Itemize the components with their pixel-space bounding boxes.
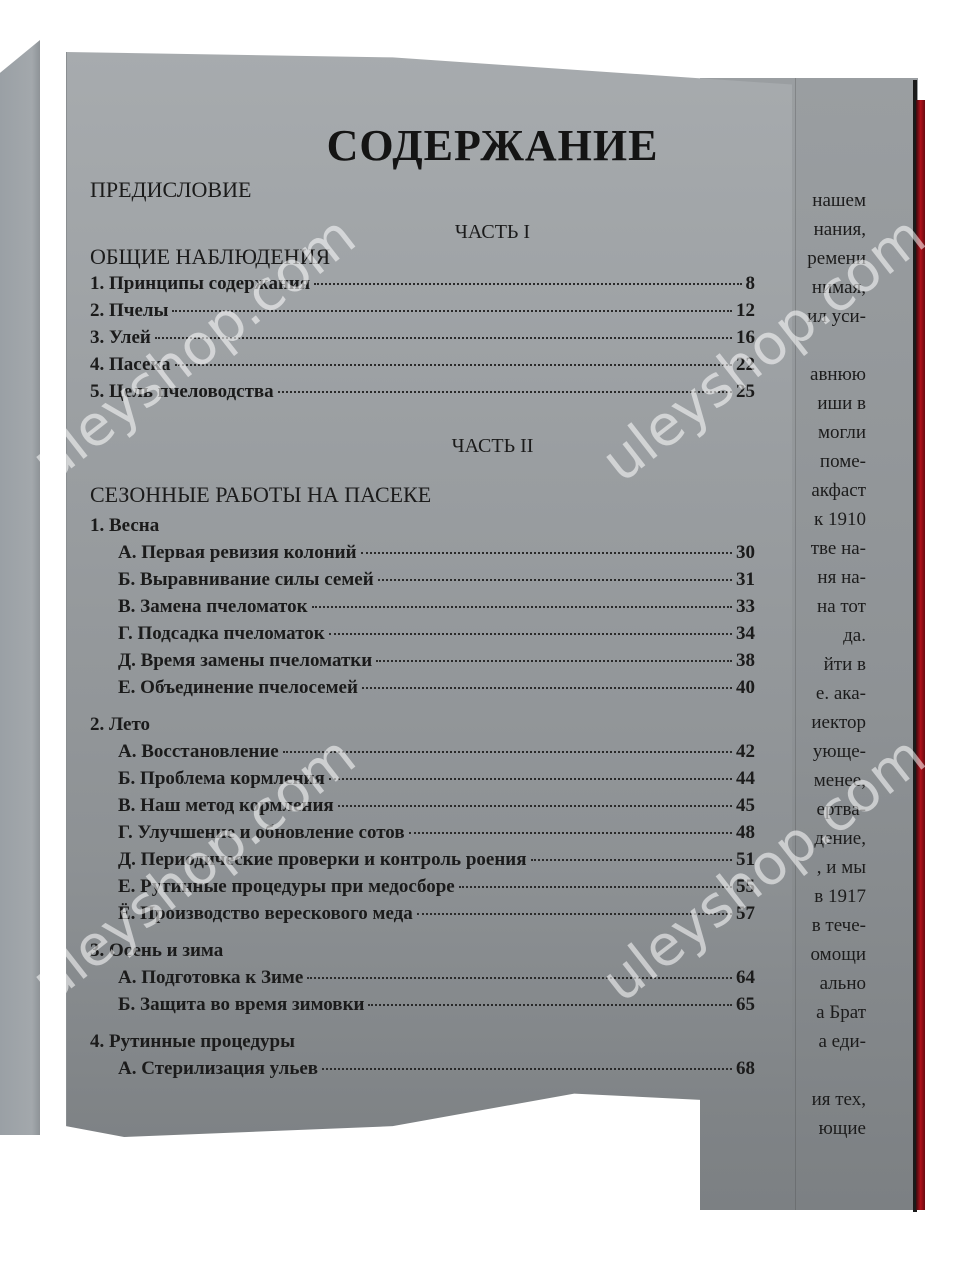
part-1-label: ЧАСТЬ I (90, 221, 755, 244)
part-2-heading: СЕЗОННЫЕ РАБОТЫ НА ПАСЕКЕ (90, 482, 755, 508)
toc-entry-page: 8 (746, 270, 756, 297)
facing-page-line: ня на- (792, 563, 866, 592)
toc-group: 4. Рутинные процедурыА. Стерилизация уль… (90, 1028, 755, 1082)
toc-entry-page: 40 (736, 674, 755, 701)
facing-page-line: авнюю (792, 360, 866, 389)
toc-group: 3. Осень и зимаА. Подготовка к Зиме64Б. … (90, 937, 755, 1018)
facing-page-line: в 1917 (792, 882, 866, 911)
toc-entry-title: А. Стерилизация ульев (118, 1055, 318, 1082)
dot-leader (278, 391, 732, 393)
facing-page-line: тве на- (792, 534, 866, 563)
dot-leader (409, 832, 732, 834)
toc-entry: Ё. Производство верескового меда57 (90, 900, 755, 927)
facing-page-line: омощи (792, 940, 866, 969)
toc-entry-title: Е. Объединение пчелосемей (118, 674, 358, 701)
facing-page-line (792, 1056, 866, 1085)
dot-leader (329, 633, 732, 635)
facing-page-line: дение, (792, 824, 866, 853)
toc-entry-page: 22 (736, 351, 755, 378)
toc-entry-title: Ё. Производство верескового меда (118, 900, 413, 927)
dot-leader (362, 687, 732, 689)
dot-leader (175, 364, 732, 366)
toc-entry: Б. Проблема кормления44 (90, 765, 755, 792)
dot-leader (338, 805, 732, 807)
toc-entry-title: А. Восстановление (118, 738, 279, 765)
facing-page-line: нания, (792, 215, 866, 244)
toc-entry: Г. Подсадка пчеломаток34 (90, 620, 755, 647)
toc-entry-preface: ПРЕДИСЛОВИЕ (90, 177, 755, 203)
toc-entry-page: 12 (736, 297, 755, 324)
toc-entry-page: 65 (736, 991, 755, 1018)
toc-entry-title: Б. Защита во время зимовки (118, 991, 364, 1018)
facing-page-line: да. (792, 621, 866, 650)
toc-entry: 3. Улей16 (90, 324, 755, 351)
facing-page-line: а еди- (792, 1027, 866, 1056)
facing-page-line: е. ака- (792, 679, 866, 708)
toc-entry: В. Наш метод кормления45 (90, 792, 755, 819)
dot-leader (155, 337, 732, 339)
facing-page-line: могли (792, 418, 866, 447)
toc-entry-title: Г. Улучшение и обновление сотов (118, 819, 405, 846)
toc-entry-title: А. Первая ревизия колоний (118, 539, 357, 566)
toc-entry: Д. Периодические проверки и контроль рое… (90, 846, 755, 873)
dot-leader (314, 283, 741, 285)
part-1-chapters: 1. Принципы содержания82. Пчелы123. Улей… (90, 270, 755, 405)
toc-entry-page: 42 (736, 738, 755, 765)
facing-page-line: , и мы (792, 853, 866, 882)
toc-entry-page: 30 (736, 539, 755, 566)
toc-entry-page: 48 (736, 819, 755, 846)
toc-entry-title: А. Подготовка к Зиме (118, 964, 303, 991)
facing-page-line: иектор (792, 708, 866, 737)
toc-entry: В. Замена пчеломаток33 (90, 593, 755, 620)
toc-group-title: 4. Рутинные процедуры (90, 1028, 755, 1055)
toc-entry-page: 25 (736, 378, 755, 405)
toc-entry-title: Д. Время замены пчеломатки (118, 647, 372, 674)
toc-entry-title: Б. Выравнивание силы семей (118, 566, 374, 593)
facing-page-line: ющие (792, 1114, 866, 1143)
dot-leader (312, 606, 732, 608)
toc-group-title: 3. Осень и зима (90, 937, 755, 964)
dot-leader (329, 778, 732, 780)
toc-entry-page: 51 (736, 846, 755, 873)
dot-leader (322, 1068, 732, 1070)
toc-entry-page: 68 (736, 1055, 755, 1082)
dot-leader (531, 859, 733, 861)
toc-entry-page: 55 (736, 873, 755, 900)
facing-page-line: йти в (792, 650, 866, 679)
facing-page-line: нимая, (792, 273, 866, 302)
dot-leader (283, 751, 732, 753)
toc-entry: А. Восстановление42 (90, 738, 755, 765)
toc-entry-title: В. Замена пчеломаток (118, 593, 308, 620)
toc-entry: 4. Пасека22 (90, 351, 755, 378)
toc-entry-title: 3. Улей (90, 324, 151, 351)
toc-entry-page: 57 (736, 900, 755, 927)
facing-page-line: на тот (792, 592, 866, 621)
facing-page-line: ертва- (792, 795, 866, 824)
toc-entry: Е. Рутинные процедуры при медосборе55 (90, 873, 755, 900)
facing-page-line: а Брат (792, 998, 866, 1027)
facing-page-line: ил уси- (792, 302, 866, 331)
toc-entry: Д. Время замены пчеломатки38 (90, 647, 755, 674)
toc-entry: 1. Принципы содержания8 (90, 270, 755, 297)
toc-entry-title: Д. Периодические проверки и контроль рое… (118, 846, 527, 873)
toc-entry-page: 64 (736, 964, 755, 991)
toc-entry-page: 34 (736, 620, 755, 647)
part-2-label: ЧАСТЬ II (90, 435, 755, 458)
page-title: СОДЕРЖАНИЕ (230, 120, 755, 171)
toc-entry-title: 4. Пасека (90, 351, 171, 378)
toc-entry: Б. Защита во время зимовки65 (90, 991, 755, 1018)
toc-entry-page: 45 (736, 792, 755, 819)
facing-page-line (792, 331, 866, 360)
facing-page-line: ующе- (792, 737, 866, 766)
facing-page-line: ально (792, 969, 866, 998)
toc-entry: 5. Цель пчеловодства25 (90, 378, 755, 405)
dot-leader (368, 1004, 732, 1006)
facing-page-line: иши в (792, 389, 866, 418)
dot-leader (417, 913, 732, 915)
part-1-heading: ОБЩИЕ НАБЛЮДЕНИЯ (90, 244, 755, 270)
toc-entry-title: 1. Принципы содержания (90, 270, 310, 297)
toc-entry: Г. Улучшение и обновление сотов48 (90, 819, 755, 846)
facing-page-line: в тече- (792, 911, 866, 940)
toc-entry-page: 16 (736, 324, 755, 351)
red-cover-edge (916, 100, 925, 1210)
toc-entry-title: В. Наш метод кормления (118, 792, 334, 819)
part-2-groups: 1. ВеснаА. Первая ревизия колоний30Б. Вы… (90, 512, 755, 1082)
dot-leader (378, 579, 732, 581)
toc-entry-title: Б. Проблема кормления (118, 765, 325, 792)
toc-entry: А. Подготовка к Зиме64 (90, 964, 755, 991)
toc-entry: А. Первая ревизия колоний30 (90, 539, 755, 566)
toc-group: 1. ВеснаА. Первая ревизия колоний30Б. Вы… (90, 512, 755, 701)
toc-entry-page: 31 (736, 566, 755, 593)
toc-group-title: 2. Лето (90, 711, 755, 738)
toc-entry: Е. Объединение пчелосемей40 (90, 674, 755, 701)
dot-leader (307, 977, 732, 979)
toc-entry-page: 33 (736, 593, 755, 620)
dot-leader (361, 552, 732, 554)
facing-page-line: акфаст (792, 476, 866, 505)
toc-entry: А. Стерилизация ульев68 (90, 1055, 755, 1082)
facing-page-line: ия тех, (792, 1085, 866, 1114)
toc-group: 2. ЛетоА. Восстановление42Б. Проблема ко… (90, 711, 755, 927)
facing-page-line: к 1910 (792, 505, 866, 534)
dot-leader (172, 310, 732, 312)
facing-page-text: нашемнания,ременинимая,ил уси-авнююиши в… (792, 186, 866, 1143)
toc-entry-page: 38 (736, 647, 755, 674)
toc-entry-page: 44 (736, 765, 755, 792)
facing-page-line: поме- (792, 447, 866, 476)
toc-group-title: 1. Весна (90, 512, 755, 539)
toc-entry-title: 2. Пчелы (90, 297, 168, 324)
toc-entry: 2. Пчелы12 (90, 297, 755, 324)
facing-page-line: менее, (792, 766, 866, 795)
facing-page-line: ремени (792, 244, 866, 273)
toc-entry: Б. Выравнивание силы семей31 (90, 566, 755, 593)
toc-entry-title: Е. Рутинные процедуры при медосборе (118, 873, 455, 900)
dot-leader (459, 886, 732, 888)
dot-leader (376, 660, 732, 662)
previous-page-edge (0, 40, 40, 1135)
toc-entry-title: Г. Подсадка пчеломаток (118, 620, 325, 647)
toc-entry-title: 5. Цель пчеловодства (90, 378, 274, 405)
facing-page-line: нашем (792, 186, 866, 215)
table-of-contents: СОДЕРЖАНИЕ ПРЕДИСЛОВИЕ ЧАСТЬ I ОБЩИЕ НАБ… (90, 120, 755, 1082)
